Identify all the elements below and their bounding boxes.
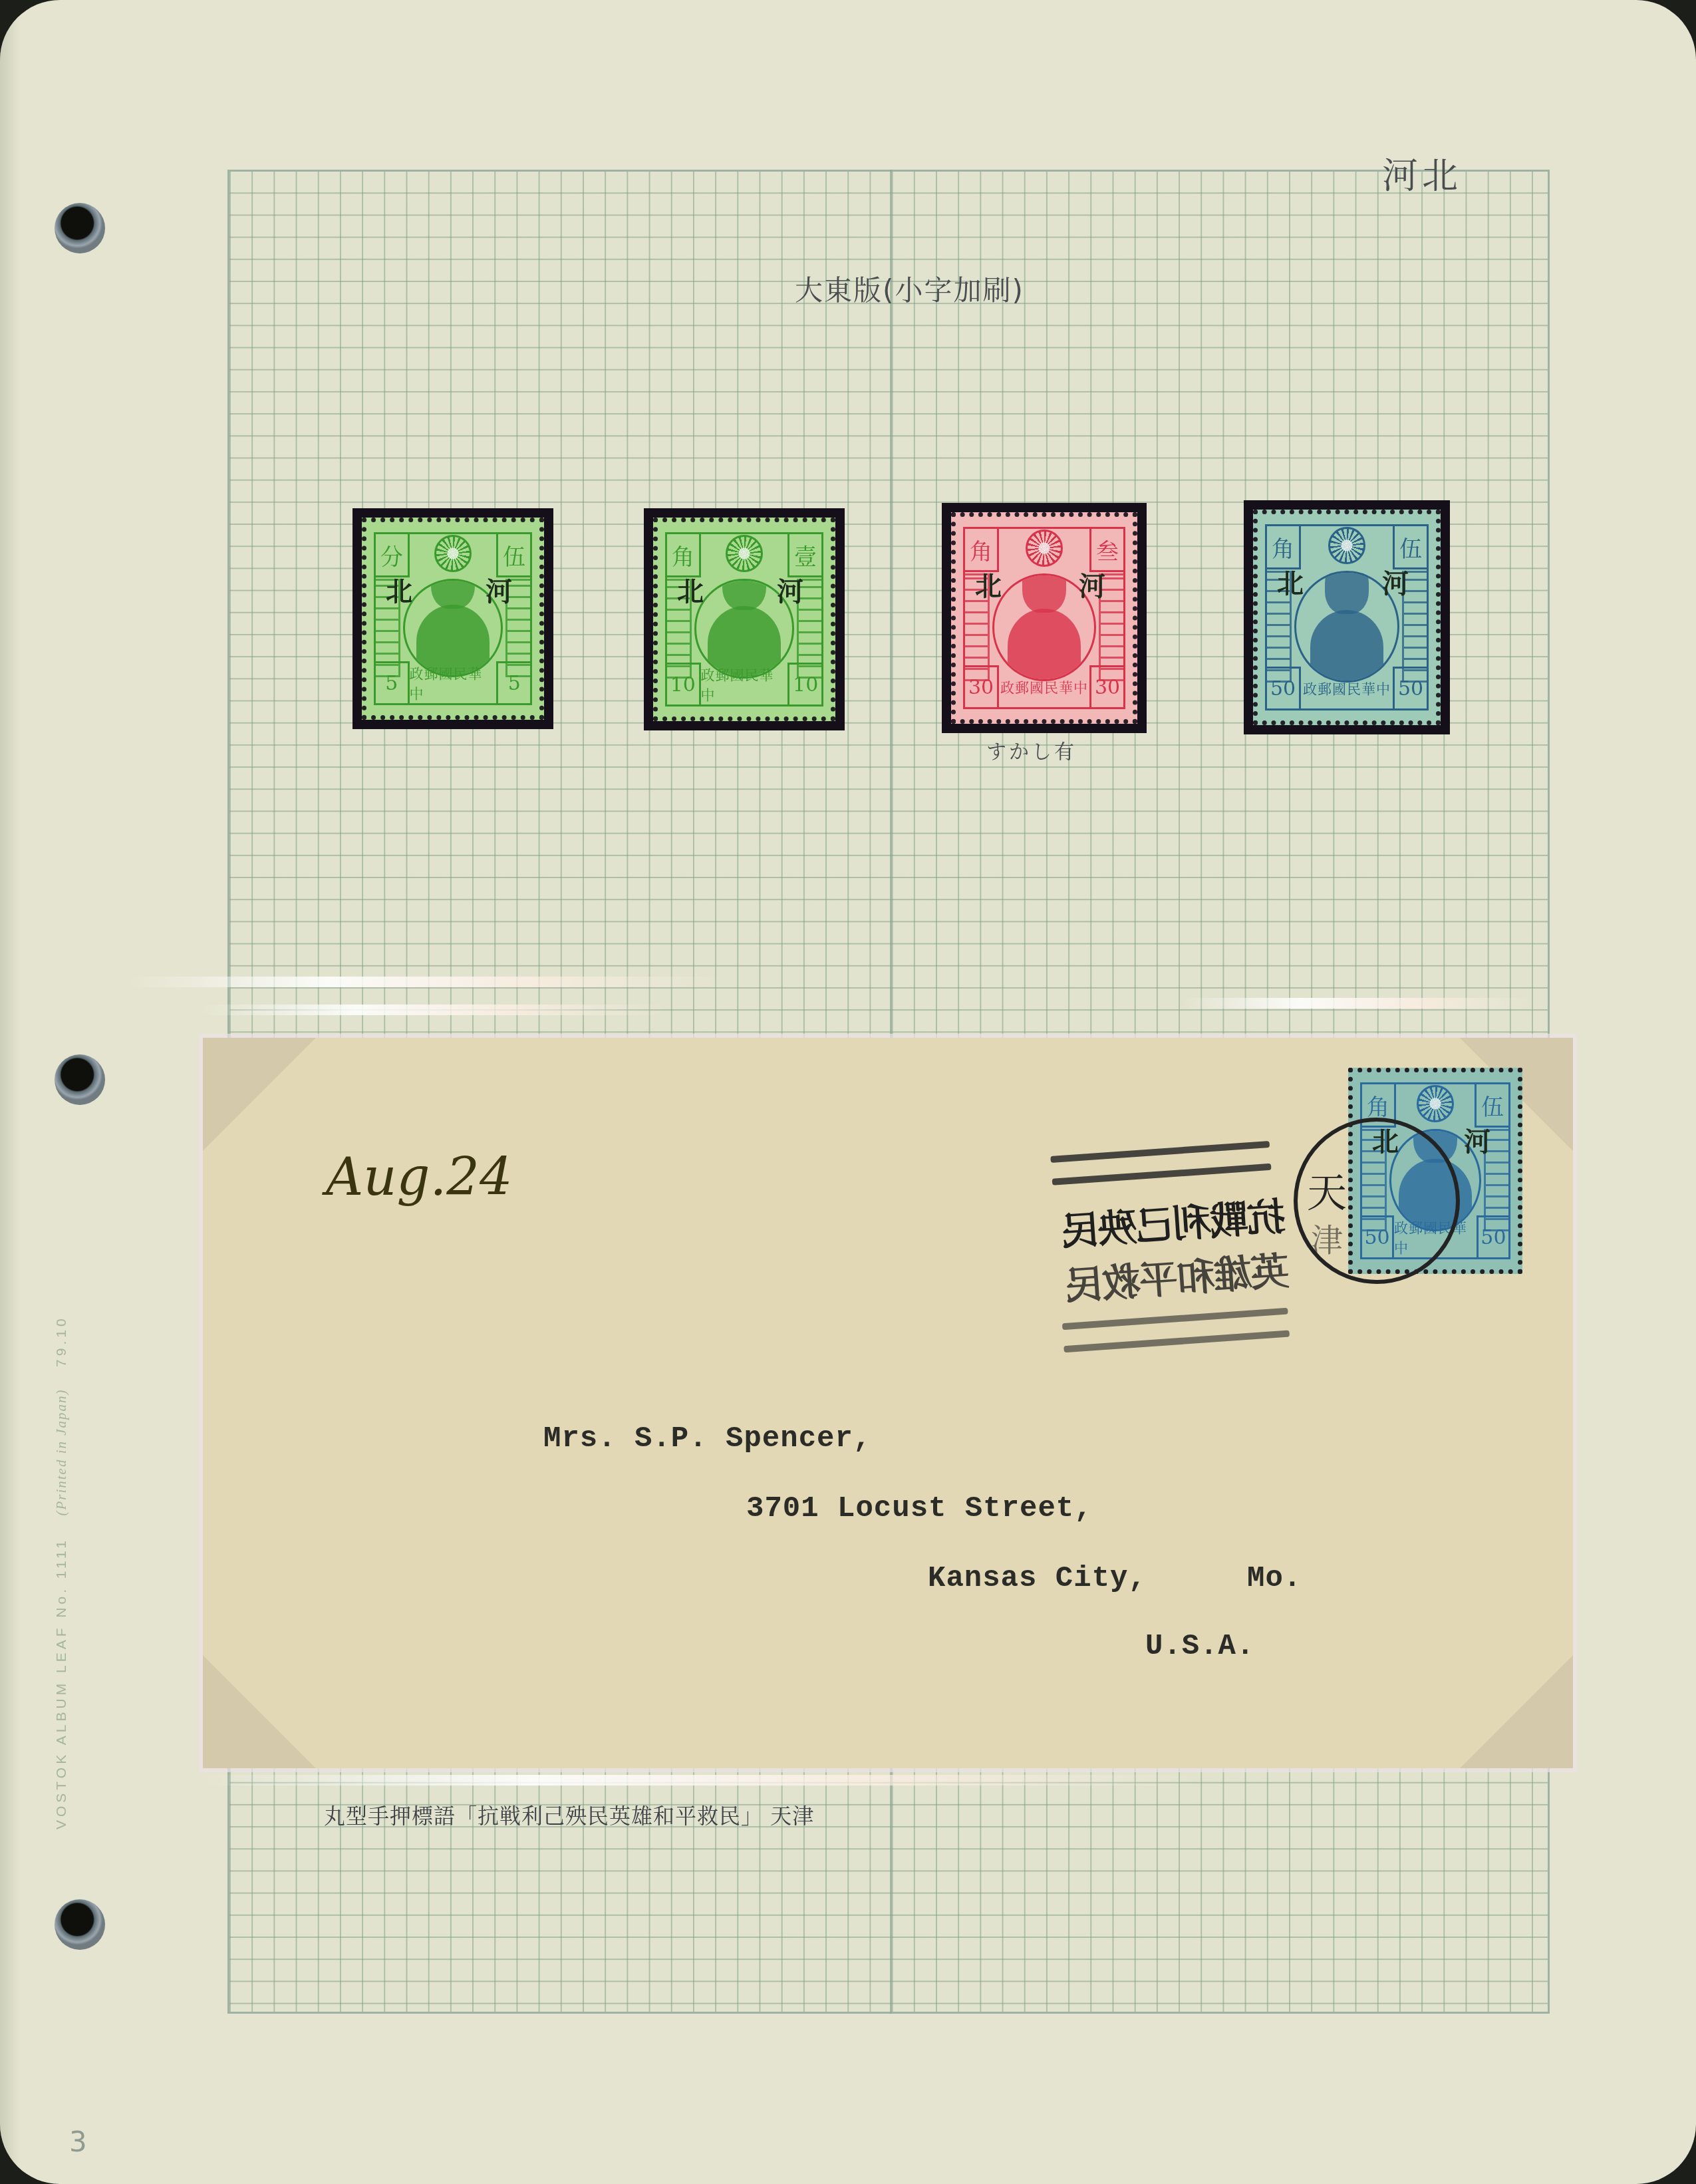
sun-emblem-icon	[1417, 1085, 1454, 1122]
cancel-bar	[1050, 1141, 1270, 1163]
address-state: Mo.	[1247, 1562, 1302, 1595]
stamp: 角 伍 北河 50 政郵國民華中 50	[1253, 510, 1441, 725]
cover-caption: 丸型手押標語「抗戦利己殃民英雄和平救民」 天津	[324, 1799, 814, 1830]
sun-emblem-icon	[1026, 530, 1063, 567]
stamp-value: 50	[1265, 667, 1301, 710]
stamp-value: 50	[1393, 667, 1429, 710]
stamp-inscription: 政郵國民華中	[410, 663, 497, 703]
sun-emblem-icon	[726, 535, 763, 572]
cover-envelope: Aug.24 抗戰利己殃民 英雄和平救民 角 伍 北河 50 政郵國民華中 50	[203, 1038, 1573, 1768]
stamp-mount: 分 伍 北河 5 政郵國民華中 5	[353, 508, 553, 729]
stamp-value: 30	[963, 665, 999, 709]
stamp-value: 10	[665, 663, 701, 706]
photo-corner	[1460, 1655, 1573, 1768]
album-leaf: VOSTOK ALBUM LEAF No. 1111 (Printed in J…	[0, 0, 1696, 2184]
stamp-value: 30	[1089, 665, 1125, 709]
stamp-value: 5	[496, 661, 532, 705]
stamp-inscription: 政郵國民華中	[701, 665, 788, 704]
address-country: U.S.A.	[1145, 1630, 1254, 1663]
leaf-imprint: VOSTOK ALBUM LEAF No. 1111 (Printed in J…	[53, 1315, 70, 1829]
overprint: 北河	[951, 565, 1137, 603]
overprint: 北河	[362, 571, 544, 609]
binder-hole-top	[55, 203, 105, 253]
overprint: 北河	[653, 571, 835, 609]
sleeve-glare	[200, 1005, 665, 1015]
stamp-value: 50	[1477, 1215, 1510, 1259]
cancel-bar	[1052, 1164, 1272, 1185]
address-line-1: Mrs. S.P. Spencer,	[543, 1422, 871, 1456]
imprint-main: VOSTOK ALBUM LEAF No. 1111	[54, 1537, 69, 1829]
stamp-mount: 角 壹 北河 10 政郵國民華中 10	[644, 508, 845, 730]
sleeve-glare	[200, 1775, 1197, 1786]
cancel-char: 天	[1307, 1162, 1347, 1219]
stamp-mount: 角 伍 北河 50 政郵國民華中 50	[1244, 500, 1450, 734]
stamp-inscription: 政郵國民華中	[1000, 677, 1088, 697]
stamp: 角 壹 北河 10 政郵國民華中 10	[653, 518, 835, 721]
photo-corner	[203, 1655, 316, 1768]
handwritten-date: Aug.24	[326, 1148, 513, 1207]
sun-emblem-icon	[1328, 527, 1365, 564]
stamp: 分 伍 北河 5 政郵國民華中 5	[362, 518, 544, 720]
cancel-bar	[1062, 1308, 1288, 1330]
binder-hole-middle	[55, 1054, 105, 1105]
photo-corner	[203, 1038, 316, 1151]
imprint-code: 79.10	[54, 1315, 69, 1367]
page-number: 3	[69, 2125, 87, 2158]
cancel-bar	[1063, 1330, 1290, 1353]
watermark-note: すかし有	[986, 735, 1077, 764]
binder-hole-bottom	[55, 1899, 105, 1950]
series-title: 大東版(小字加刷)	[795, 269, 1024, 309]
region-title: 河北	[1382, 148, 1462, 199]
imprint-printed: (Printed in Japan)	[53, 1388, 69, 1515]
stamp-mount: 角 叁 北河 30 政郵國民華中 30	[942, 503, 1147, 733]
address-line-2: 3701 Locust Street,	[746, 1492, 1093, 1525]
stamp-value: 10	[787, 663, 823, 706]
cancel-char: 津	[1311, 1215, 1343, 1261]
address-city: Kansas City,	[928, 1562, 1147, 1595]
sleeve-glare	[126, 977, 725, 987]
stamp-value: 5	[374, 661, 410, 705]
stamp: 角 叁 北河 30 政郵國民華中 30	[951, 512, 1137, 724]
slogan-cancel: 抗戰利己殃民 英雄和平救民	[1050, 1133, 1305, 1375]
sun-emblem-icon	[434, 535, 472, 572]
stamp-inscription: 政郵國民華中	[1303, 679, 1391, 699]
overprint: 北河	[1253, 563, 1441, 601]
circular-datestamp: 天 津	[1294, 1118, 1460, 1284]
sleeve-glare	[1184, 998, 1530, 1009]
